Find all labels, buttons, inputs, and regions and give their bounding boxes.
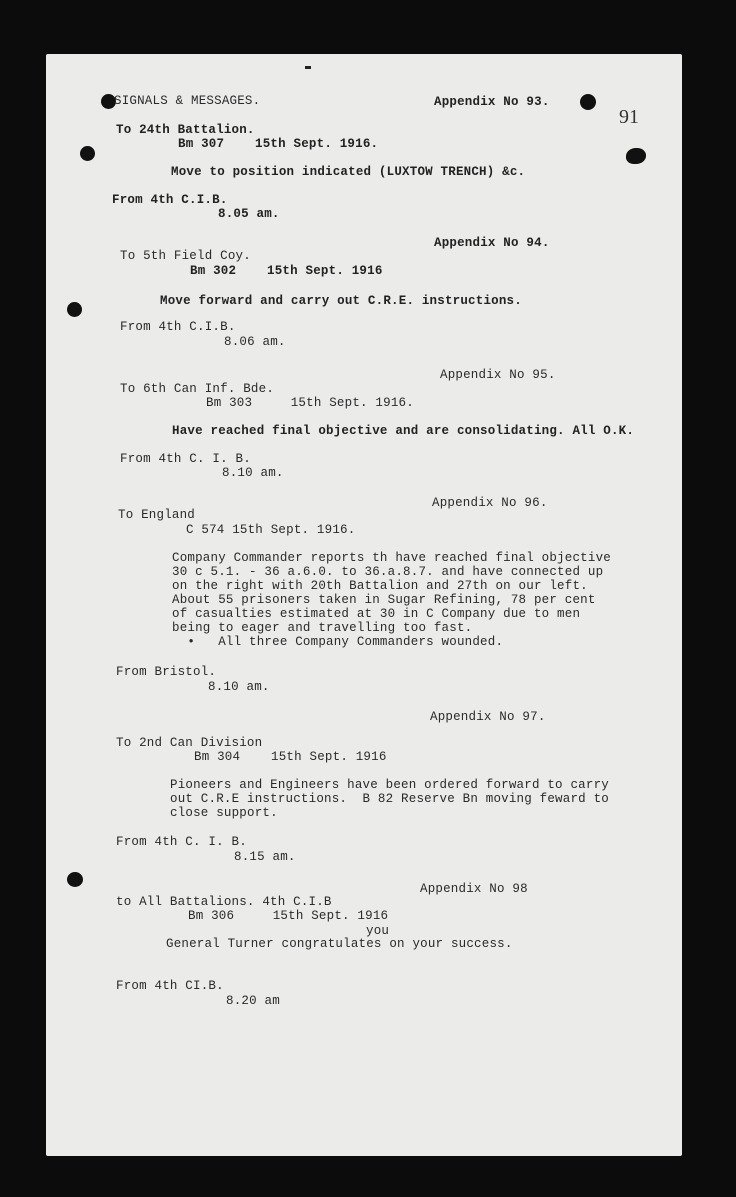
appendix-label: Appendix No 94. (434, 236, 550, 250)
message-body-line: Have reached final objective and are con… (172, 424, 634, 438)
message-time: 8.06 am. (224, 335, 286, 349)
message-ref-date: Bm 307 15th Sept. 1916. (178, 137, 378, 151)
message-from: From 4th C.I.B. (112, 193, 228, 207)
message-ref-date: Bm 303 15th Sept. 1916. (206, 396, 414, 410)
message-from: From 4th C.I.B. (120, 320, 236, 334)
message-body-line: Company Commander reports th have reache… (172, 551, 611, 565)
message-time: 8.05 am. (218, 207, 280, 221)
appendix-label: Appendix No 96. (432, 496, 548, 510)
punch-hole (626, 148, 646, 164)
scan-frame: SIGNALS & MESSAGES. 91 Appendix No 93. T… (0, 0, 736, 1197)
message-body-line: being to eager and travelling too fast. (172, 621, 472, 635)
message-body-line: Pioneers and Engineers have been ordered… (170, 778, 609, 792)
message-body-line: on the right with 20th Battalion and 27t… (172, 579, 588, 593)
punch-hole (67, 302, 82, 317)
appendix-label: Appendix No 95. (440, 368, 556, 382)
message-body-line: • All three Company Commanders wounded. (172, 635, 503, 649)
punch-hole (580, 94, 596, 110)
message-to: to All Battalions. 4th C.I.B (116, 895, 332, 909)
message-to: To 24th Battalion. (116, 123, 255, 137)
appendix-label: Appendix No 93. (434, 95, 550, 109)
appendix-label: Appendix No 97. (430, 710, 546, 724)
message-body-line: out C.R.E instructions. B 82 Reserve Bn … (170, 792, 609, 806)
paper-mark (305, 66, 311, 69)
message-body-line: of casualties estimated at 30 in C Compa… (172, 607, 580, 621)
message-body-line: Move to position indicated (LUXTOW TRENC… (171, 165, 525, 179)
page-number: 91 (619, 106, 639, 129)
message-time: 8.10 am. (208, 680, 270, 694)
message-from: From 4th CI.B. (116, 979, 224, 993)
message-ref-date: Bm 306 15th Sept. 1916 (188, 909, 388, 923)
message-time: 8.20 am (226, 994, 280, 1008)
handwritten-insertion: you (366, 924, 389, 938)
appendix-label: Appendix No 98 (420, 882, 528, 896)
message-ref-date: Bm 304 15th Sept. 1916 (194, 750, 387, 764)
message-ref-date: Bm 302 15th Sept. 1916 (190, 264, 383, 278)
message-body-line: close support. (170, 806, 278, 820)
message-from: From 4th C. I. B. (116, 835, 247, 849)
message-body-line: 30 c 5.1. - 36 a.6.0. to 36.a.8.7. and h… (172, 565, 603, 579)
message-to: To 5th Field Coy. (120, 249, 251, 263)
message-to: To England (118, 508, 195, 522)
message-from: From 4th C. I. B. (120, 452, 251, 466)
message-from: From Bristol. (116, 665, 216, 679)
message-body-line: About 55 prisoners taken in Sugar Refini… (172, 593, 596, 607)
document-header: SIGNALS & MESSAGES. (114, 94, 260, 108)
punch-hole (67, 872, 83, 887)
message-time: 8.10 am. (222, 466, 284, 480)
message-to: To 2nd Can Division (116, 736, 262, 750)
message-to: To 6th Can Inf. Bde. (120, 382, 274, 396)
message-time: 8.15 am. (234, 850, 296, 864)
message-body-line: General Turner congratulates on your suc… (166, 937, 513, 951)
message-body-line: Move forward and carry out C.R.E. instru… (160, 294, 522, 308)
message-ref-date: C 574 15th Sept. 1916. (186, 523, 355, 537)
punch-hole (80, 146, 95, 161)
